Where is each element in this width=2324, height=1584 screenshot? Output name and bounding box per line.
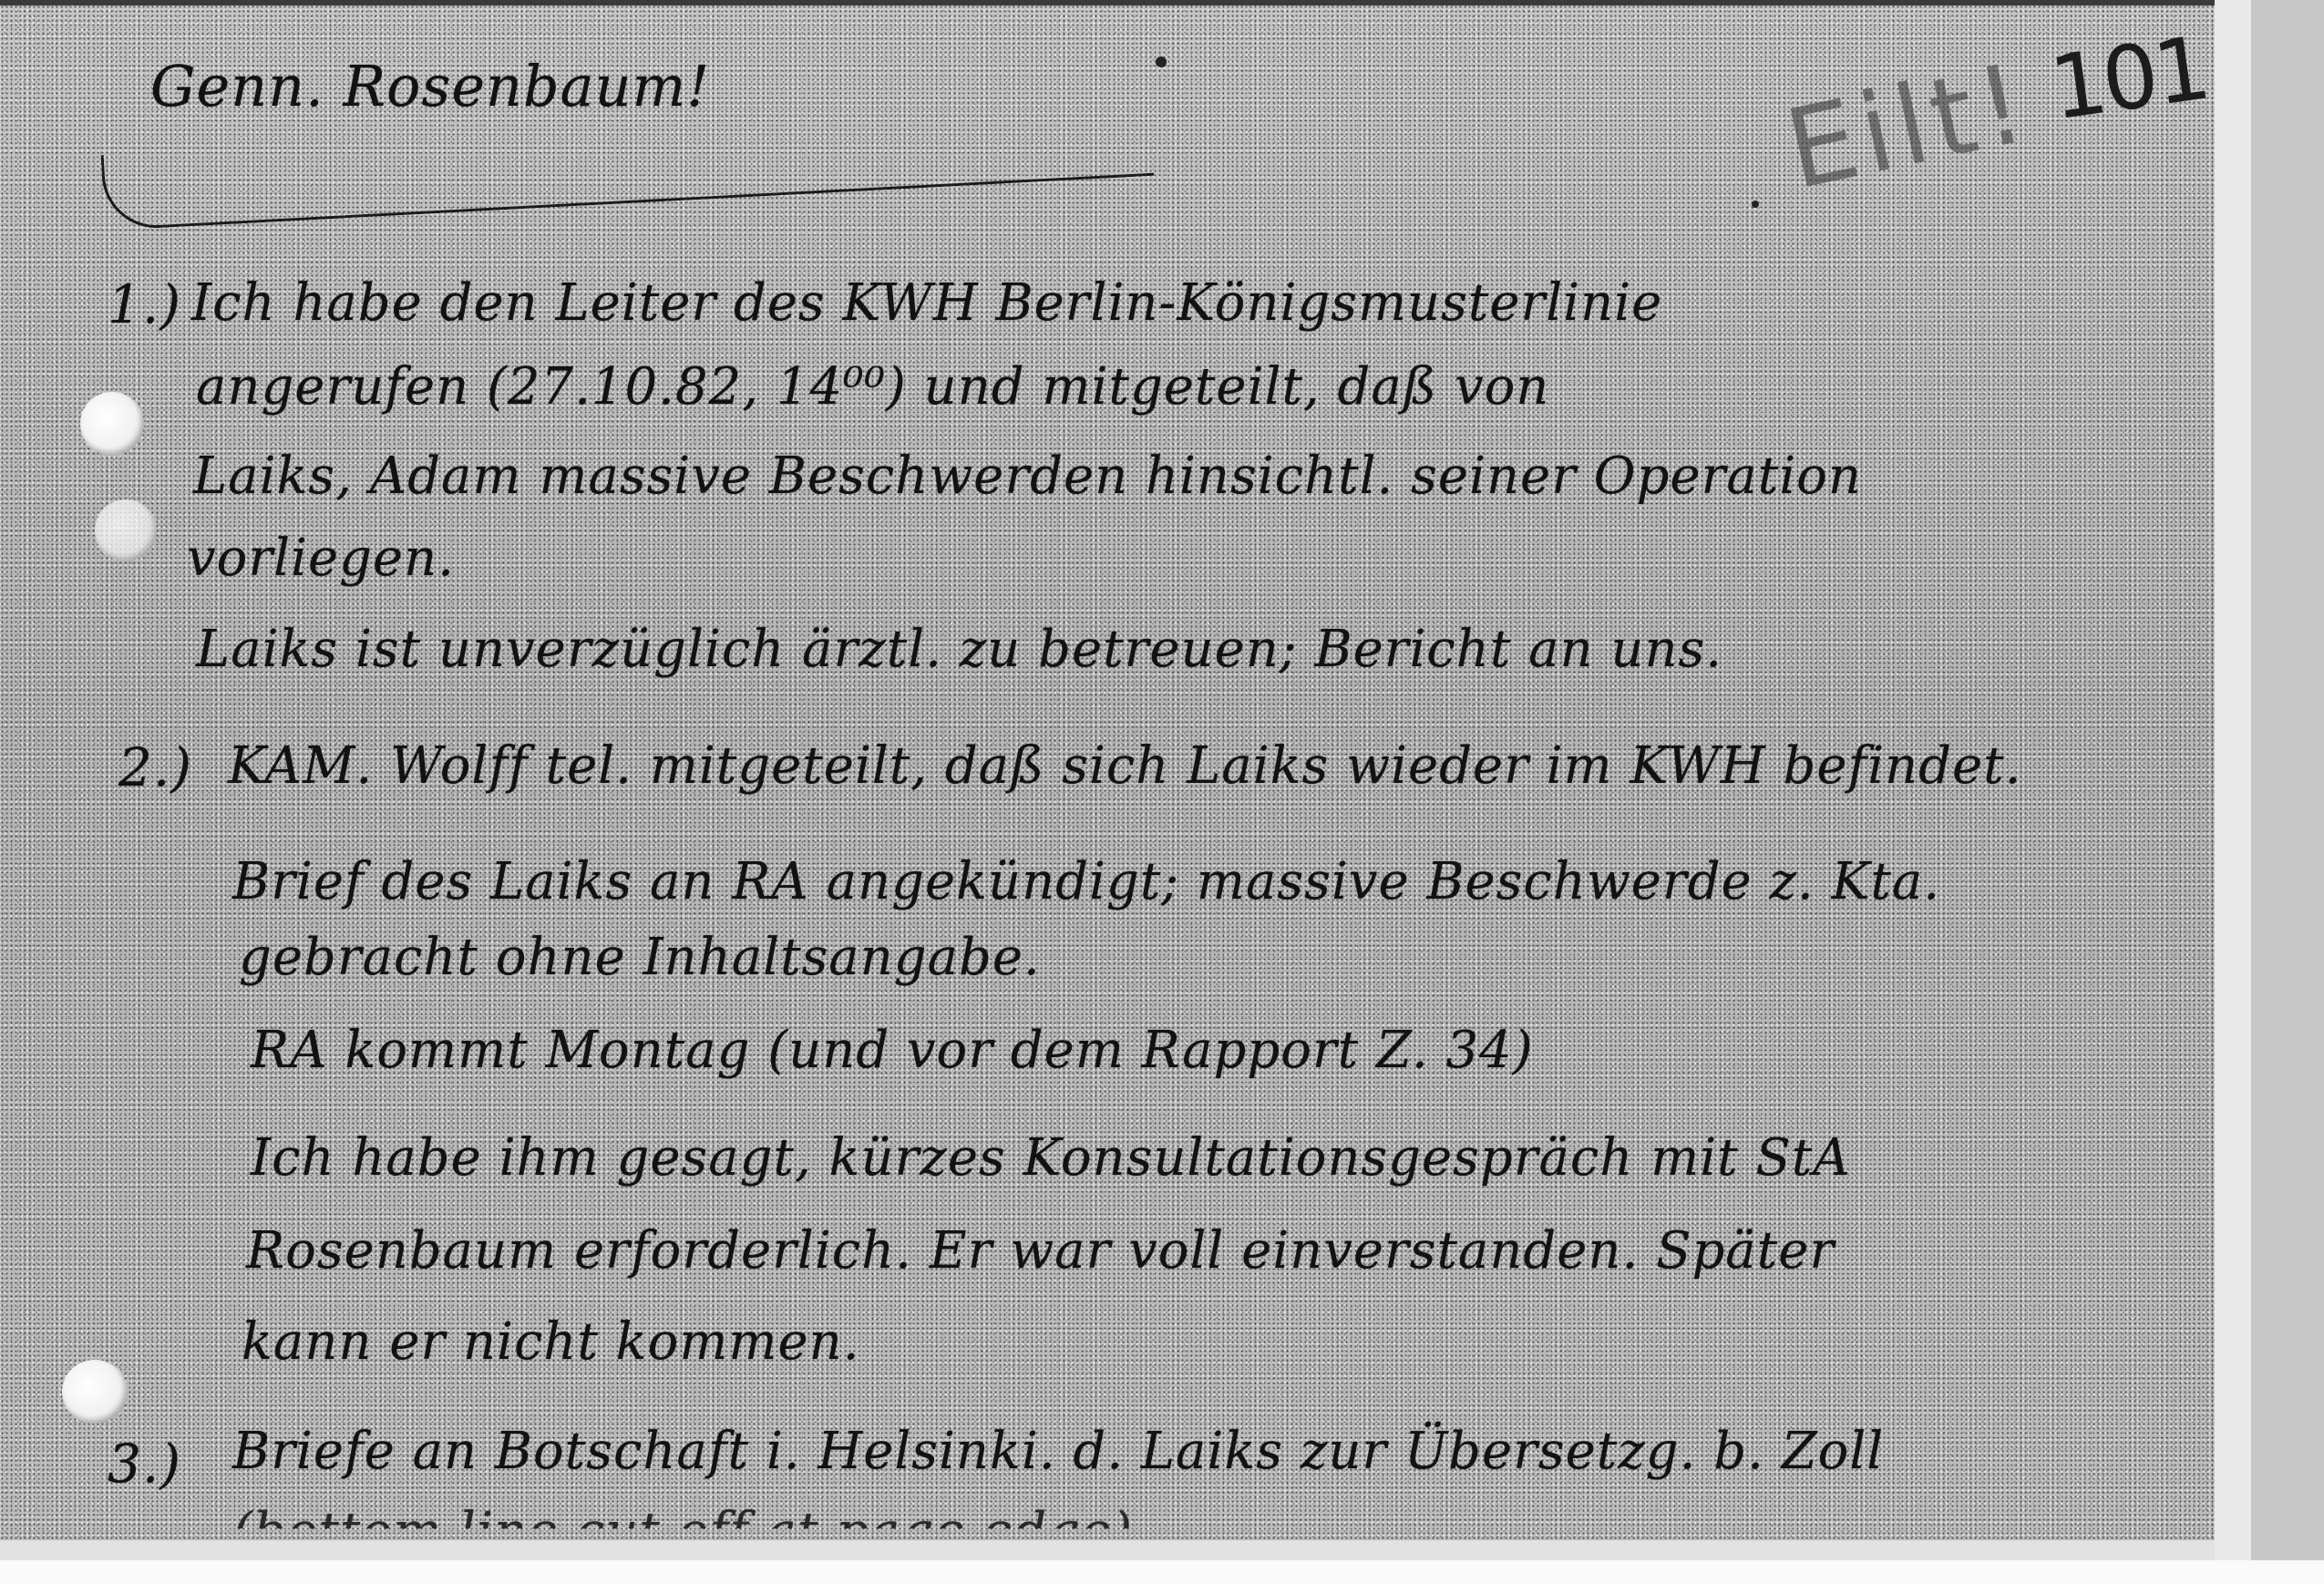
item-1-number: 1.) xyxy=(108,273,181,335)
item-3-line-1: Briefe an Botschaft i. Helsinki. d. Laik… xyxy=(232,1422,1884,1481)
item-1-line-3: Laiks, Adam massive Beschwerden hinsicht… xyxy=(193,447,1862,506)
item-2-line-5: Ich habe ihm gesagt, kürzes Konsultation… xyxy=(251,1128,1851,1188)
item-1-line-2: angerufen (27.10.82, 14⁰⁰) und mitgeteil… xyxy=(196,357,1549,417)
item-2-line-4: RA kommt Montag (und vor dem Rapport Z. … xyxy=(251,1021,1534,1080)
item-1-line-5: Laiks ist unverzüglich ärztl. zu betreue… xyxy=(196,620,1722,679)
scan-background-right xyxy=(2251,0,2324,1584)
ink-speck xyxy=(1752,201,1759,208)
item-3-number: 3.) xyxy=(108,1433,181,1495)
item-2-line-6: Rosenbaum erforderlich. Er war voll einv… xyxy=(246,1221,1835,1281)
item-2-line-2: Brief des Laiks an RA angekündigt; massi… xyxy=(232,852,1940,911)
page-top-edge xyxy=(0,0,2215,5)
page-number: 101 xyxy=(2044,17,2213,140)
item-1-line-1: Ich habe den Leiter des KWH Berlin-König… xyxy=(191,273,1662,333)
item-2-line-1: KAM. Wolff tel. mitgeteilt, daß sich Lai… xyxy=(228,736,2021,796)
item-2-number: 2.) xyxy=(118,736,192,798)
scan-background-bottom xyxy=(0,1560,2324,1584)
item-2-line-3: gebracht ohne Inhaltsangabe. xyxy=(239,928,1041,987)
punch-hole-2 xyxy=(95,499,157,561)
page-margin-right xyxy=(2215,0,2251,1584)
ink-speck xyxy=(1156,57,1167,67)
item-1-line-4: vorliegen. xyxy=(187,529,455,588)
punch-hole-3 xyxy=(62,1360,128,1424)
salutation: Genn. Rosenbaum! xyxy=(150,53,710,119)
item-2-line-7: kann er nicht kommen. xyxy=(242,1312,860,1372)
punch-hole-1 xyxy=(80,392,144,456)
